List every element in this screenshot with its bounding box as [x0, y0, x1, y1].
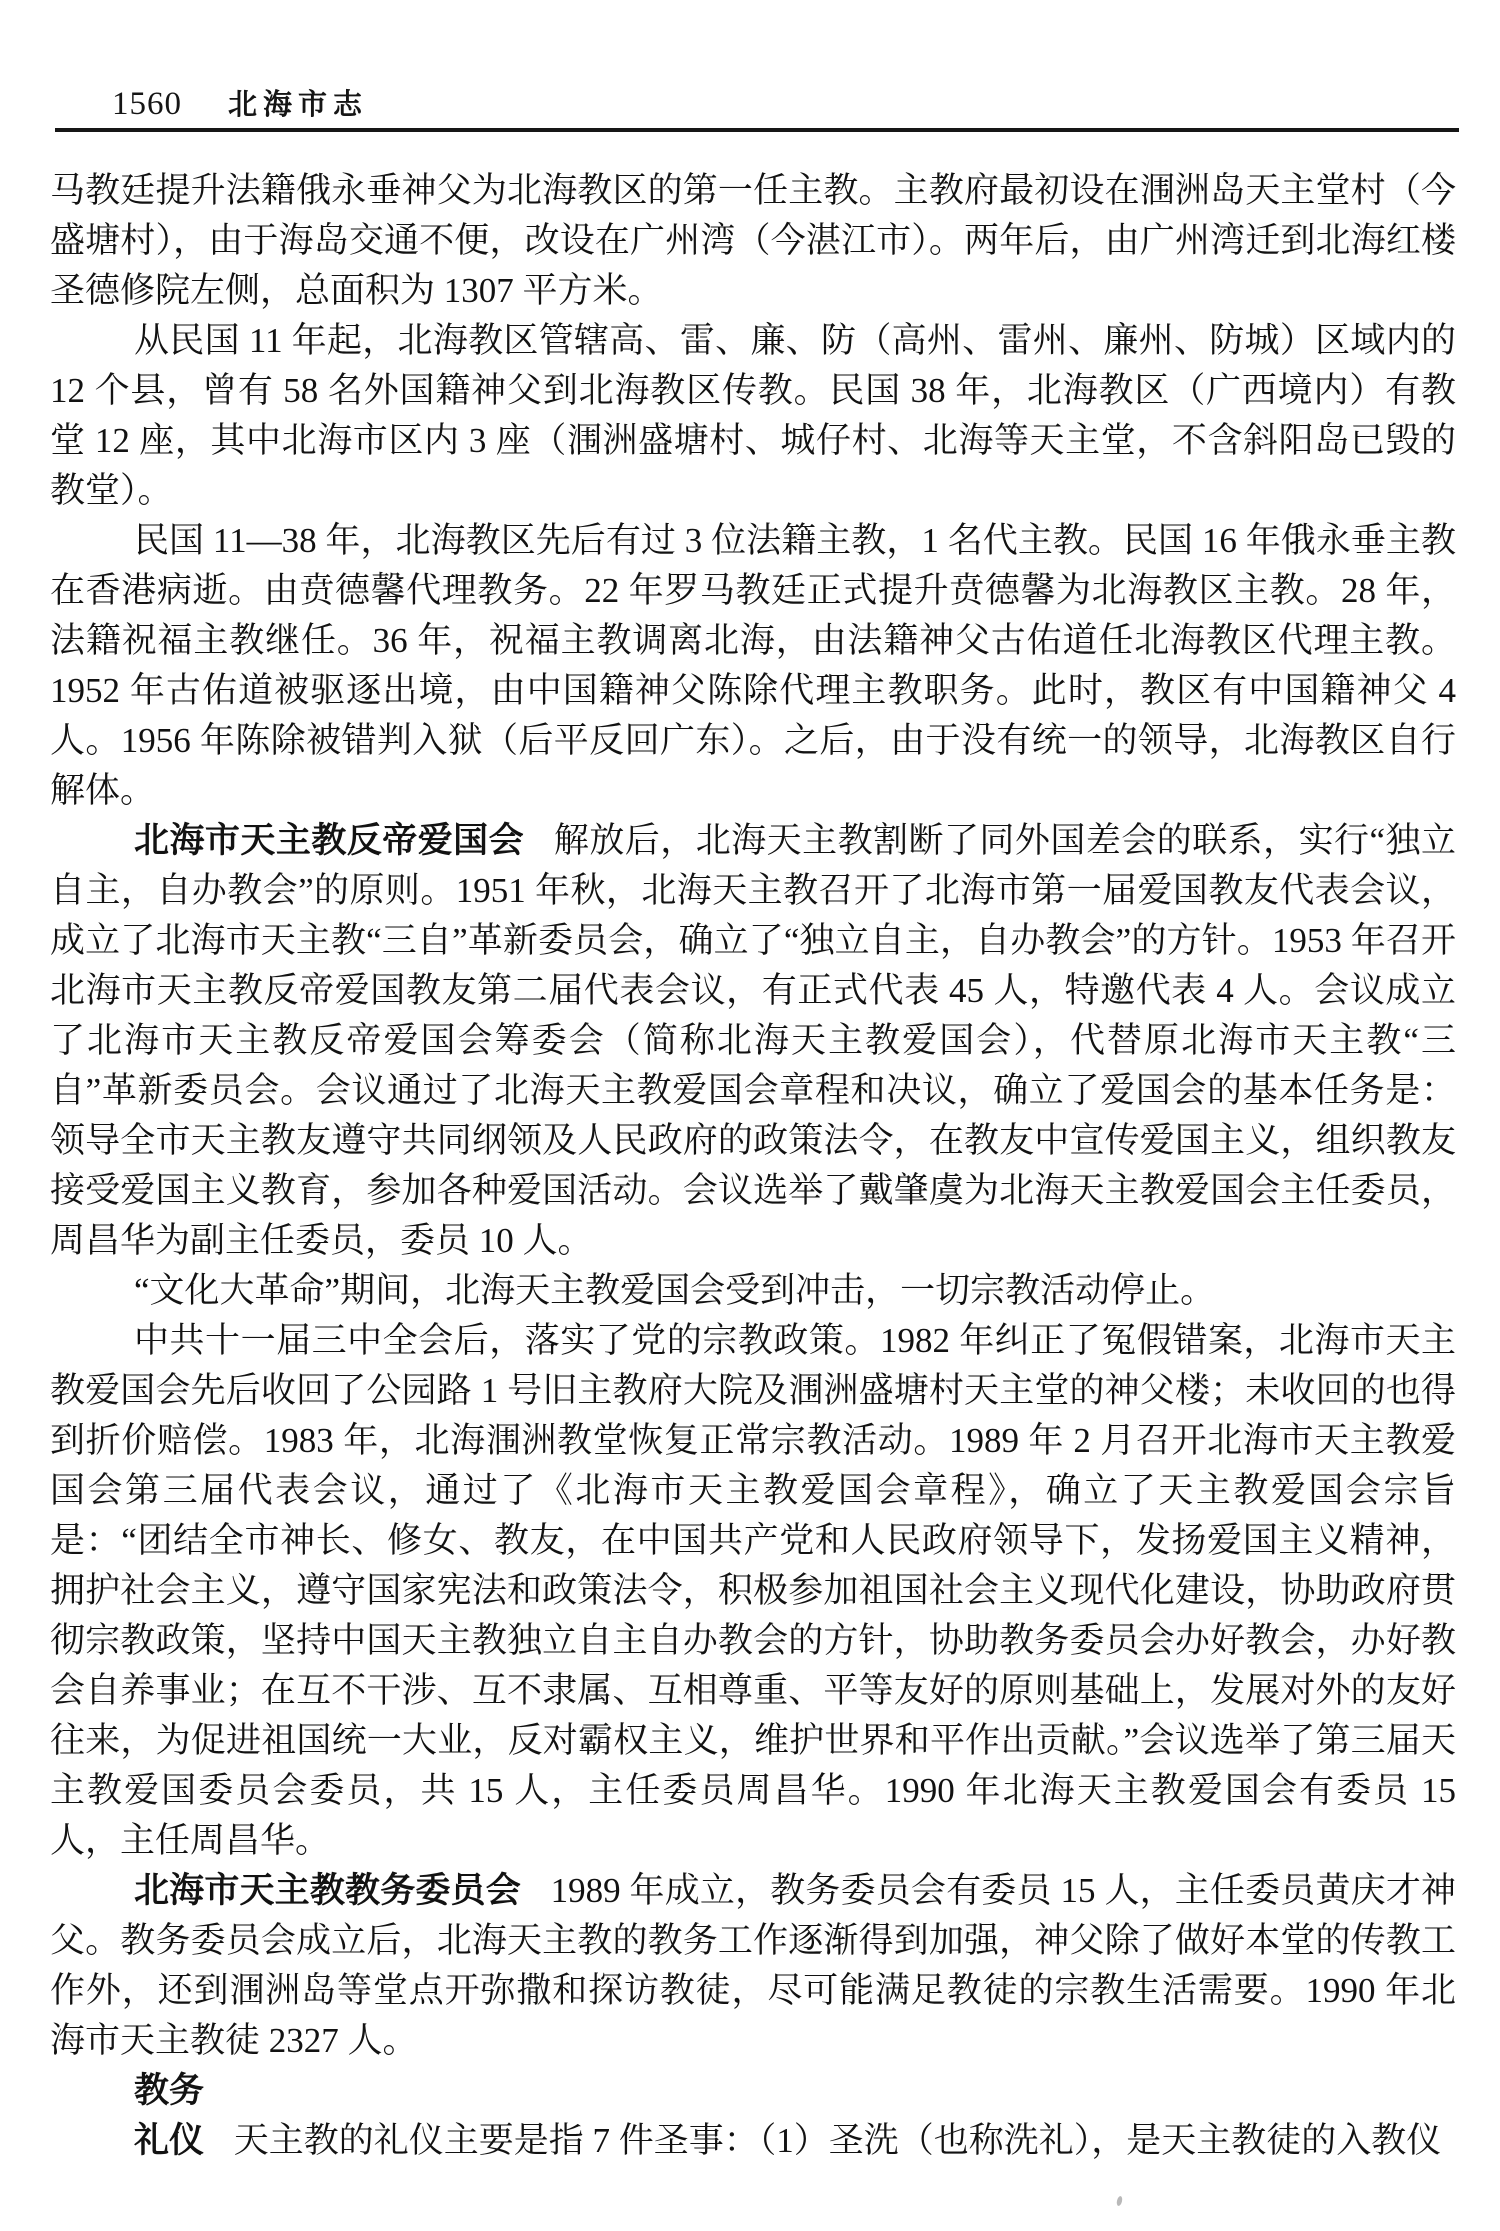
paragraph: 礼仪天主教的礼仪主要是指 7 件圣事：（1）圣洗（也称洗礼），是天主教徒的入教仪 — [50, 2116, 1456, 2166]
page-header: 1560 北海市志 — [112, 82, 368, 123]
paragraph: “文化大革命”期间，北海天主教爱国会受到冲击，一切宗教活动停止。 — [50, 1266, 1456, 1316]
section-heading: 教务 — [50, 2066, 1456, 2116]
paragraph: 民国 11—38 年，北海教区先后有过 3 位法籍主教，1 名代主教。民国 16… — [50, 516, 1456, 816]
term-label: 礼仪 — [134, 2121, 204, 2160]
book-page: 1560 北海市志 马教廷提升法籍俄永垂神父为北海教区的第一任主教。主教府最初设… — [0, 0, 1500, 2231]
header-rule — [55, 128, 1459, 132]
paragraph: 中共十一届三中全会后，落实了党的宗教政策。1982 年纠正了冤假错案，北海市天主… — [50, 1316, 1456, 1866]
scan-artifact — [1116, 2196, 1123, 2207]
book-title: 北海市志 — [228, 82, 368, 123]
paragraph: 马教廷提升法籍俄永垂神父为北海教区的第一任主教。主教府最初设在涠洲岛天主堂村（今… — [50, 166, 1456, 316]
paragraph: 北海市天主教教务委员会1989 年成立，教务委员会有委员 15 人，主任委员黄庆… — [50, 1866, 1456, 2066]
term-label: 北海市天主教反帝爱国会 — [134, 821, 524, 860]
paragraph: 从民国 11 年起，北海教区管辖高、雷、廉、防（高州、雷州、廉州、防城）区域内的… — [50, 316, 1456, 516]
term-label: 北海市天主教教务委员会 — [134, 1871, 521, 1910]
document-body: 马教廷提升法籍俄永垂神父为北海教区的第一任主教。主教府最初设在涠洲岛天主堂村（今… — [50, 166, 1456, 2166]
page-number: 1560 — [112, 86, 182, 123]
paragraph: 北海市天主教反帝爱国会解放后，北海天主教割断了同外国差会的联系，实行“独立自主，… — [50, 816, 1456, 1266]
